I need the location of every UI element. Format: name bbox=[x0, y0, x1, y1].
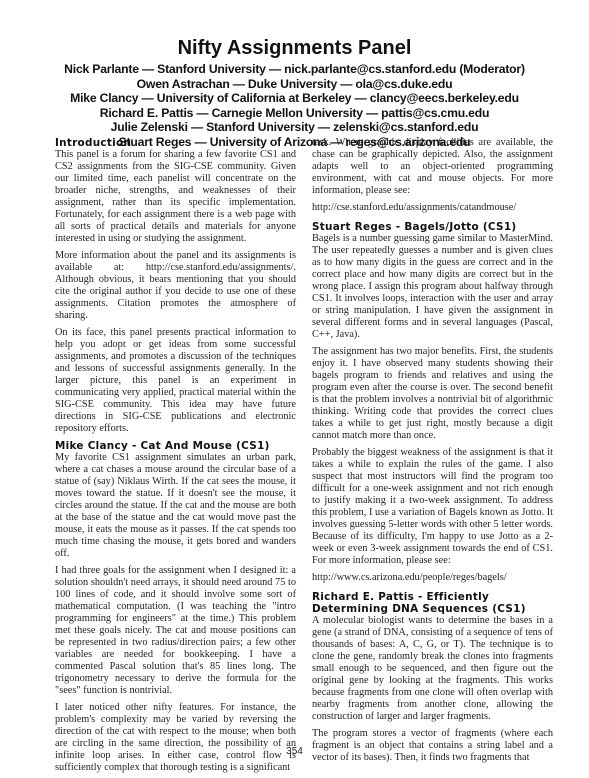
author-line: Owen Astrachan — Duke University — ola@c… bbox=[0, 77, 589, 92]
section-clancy-continued: task. Where graphic display facilities a… bbox=[312, 137, 553, 214]
paper-title: Nifty Assignments Panel bbox=[0, 36, 589, 60]
left-column: Introduction This panel is a forum for s… bbox=[55, 137, 296, 778]
url-link[interactable]: http://www.cs.arizona.edu/people/reges/b… bbox=[312, 572, 553, 584]
section-heading: Introduction bbox=[55, 137, 296, 149]
paragraph: Probably the biggest weakness of the ass… bbox=[312, 447, 553, 567]
paragraph: I had three goals for the assignment whe… bbox=[55, 565, 296, 697]
author-line: Nick Parlante — Stanford University — ni… bbox=[0, 62, 589, 77]
paragraph: The assignment has two major benefits. F… bbox=[312, 346, 553, 442]
section-heading: Richard E. Pattis - Efficiently Determin… bbox=[312, 591, 553, 615]
paragraph: This panel is a forum for sharing a few … bbox=[55, 149, 296, 245]
paragraph: task. Where graphic display facilities a… bbox=[312, 137, 553, 197]
paragraph: More information about the panel and its… bbox=[55, 250, 296, 322]
author-line: Julie Zelenski — Stanford University — z… bbox=[0, 120, 589, 135]
paragraph: My favorite CS1 assignment simulates an … bbox=[55, 452, 296, 560]
paragraph: On its face, this panel presents practic… bbox=[55, 327, 296, 435]
author-line: Mike Clancy — University of California a… bbox=[0, 91, 589, 106]
section-pattis: Richard E. Pattis - Efficiently Determin… bbox=[312, 591, 553, 764]
paper-header: Nifty Assignments Panel Nick Parlante — … bbox=[0, 36, 589, 150]
section-heading: Mike Clancy - Cat And Mouse (CS1) bbox=[55, 440, 296, 452]
url-link[interactable]: http://cse.stanford.edu/assignments/cata… bbox=[312, 202, 553, 214]
right-column: task. Where graphic display facilities a… bbox=[312, 137, 553, 769]
section-heading: Stuart Reges - Bagels/Jotto (CS1) bbox=[312, 221, 553, 233]
page-number: 354 bbox=[0, 746, 589, 757]
section-reges: Stuart Reges - Bagels/Jotto (CS1) Bagels… bbox=[312, 221, 553, 584]
section-clancy: Mike Clancy - Cat And Mouse (CS1) My fav… bbox=[55, 440, 296, 774]
paragraph: A molecular biologist wants to determine… bbox=[312, 615, 553, 723]
paragraph: Bagels is a number guessing game similar… bbox=[312, 233, 553, 341]
paragraph: I later noticed other nifty features. Fo… bbox=[55, 702, 296, 774]
section-introduction: Introduction This panel is a forum for s… bbox=[55, 137, 296, 435]
author-line: Richard E. Pattis — Carnegie Mellon Univ… bbox=[0, 106, 589, 121]
